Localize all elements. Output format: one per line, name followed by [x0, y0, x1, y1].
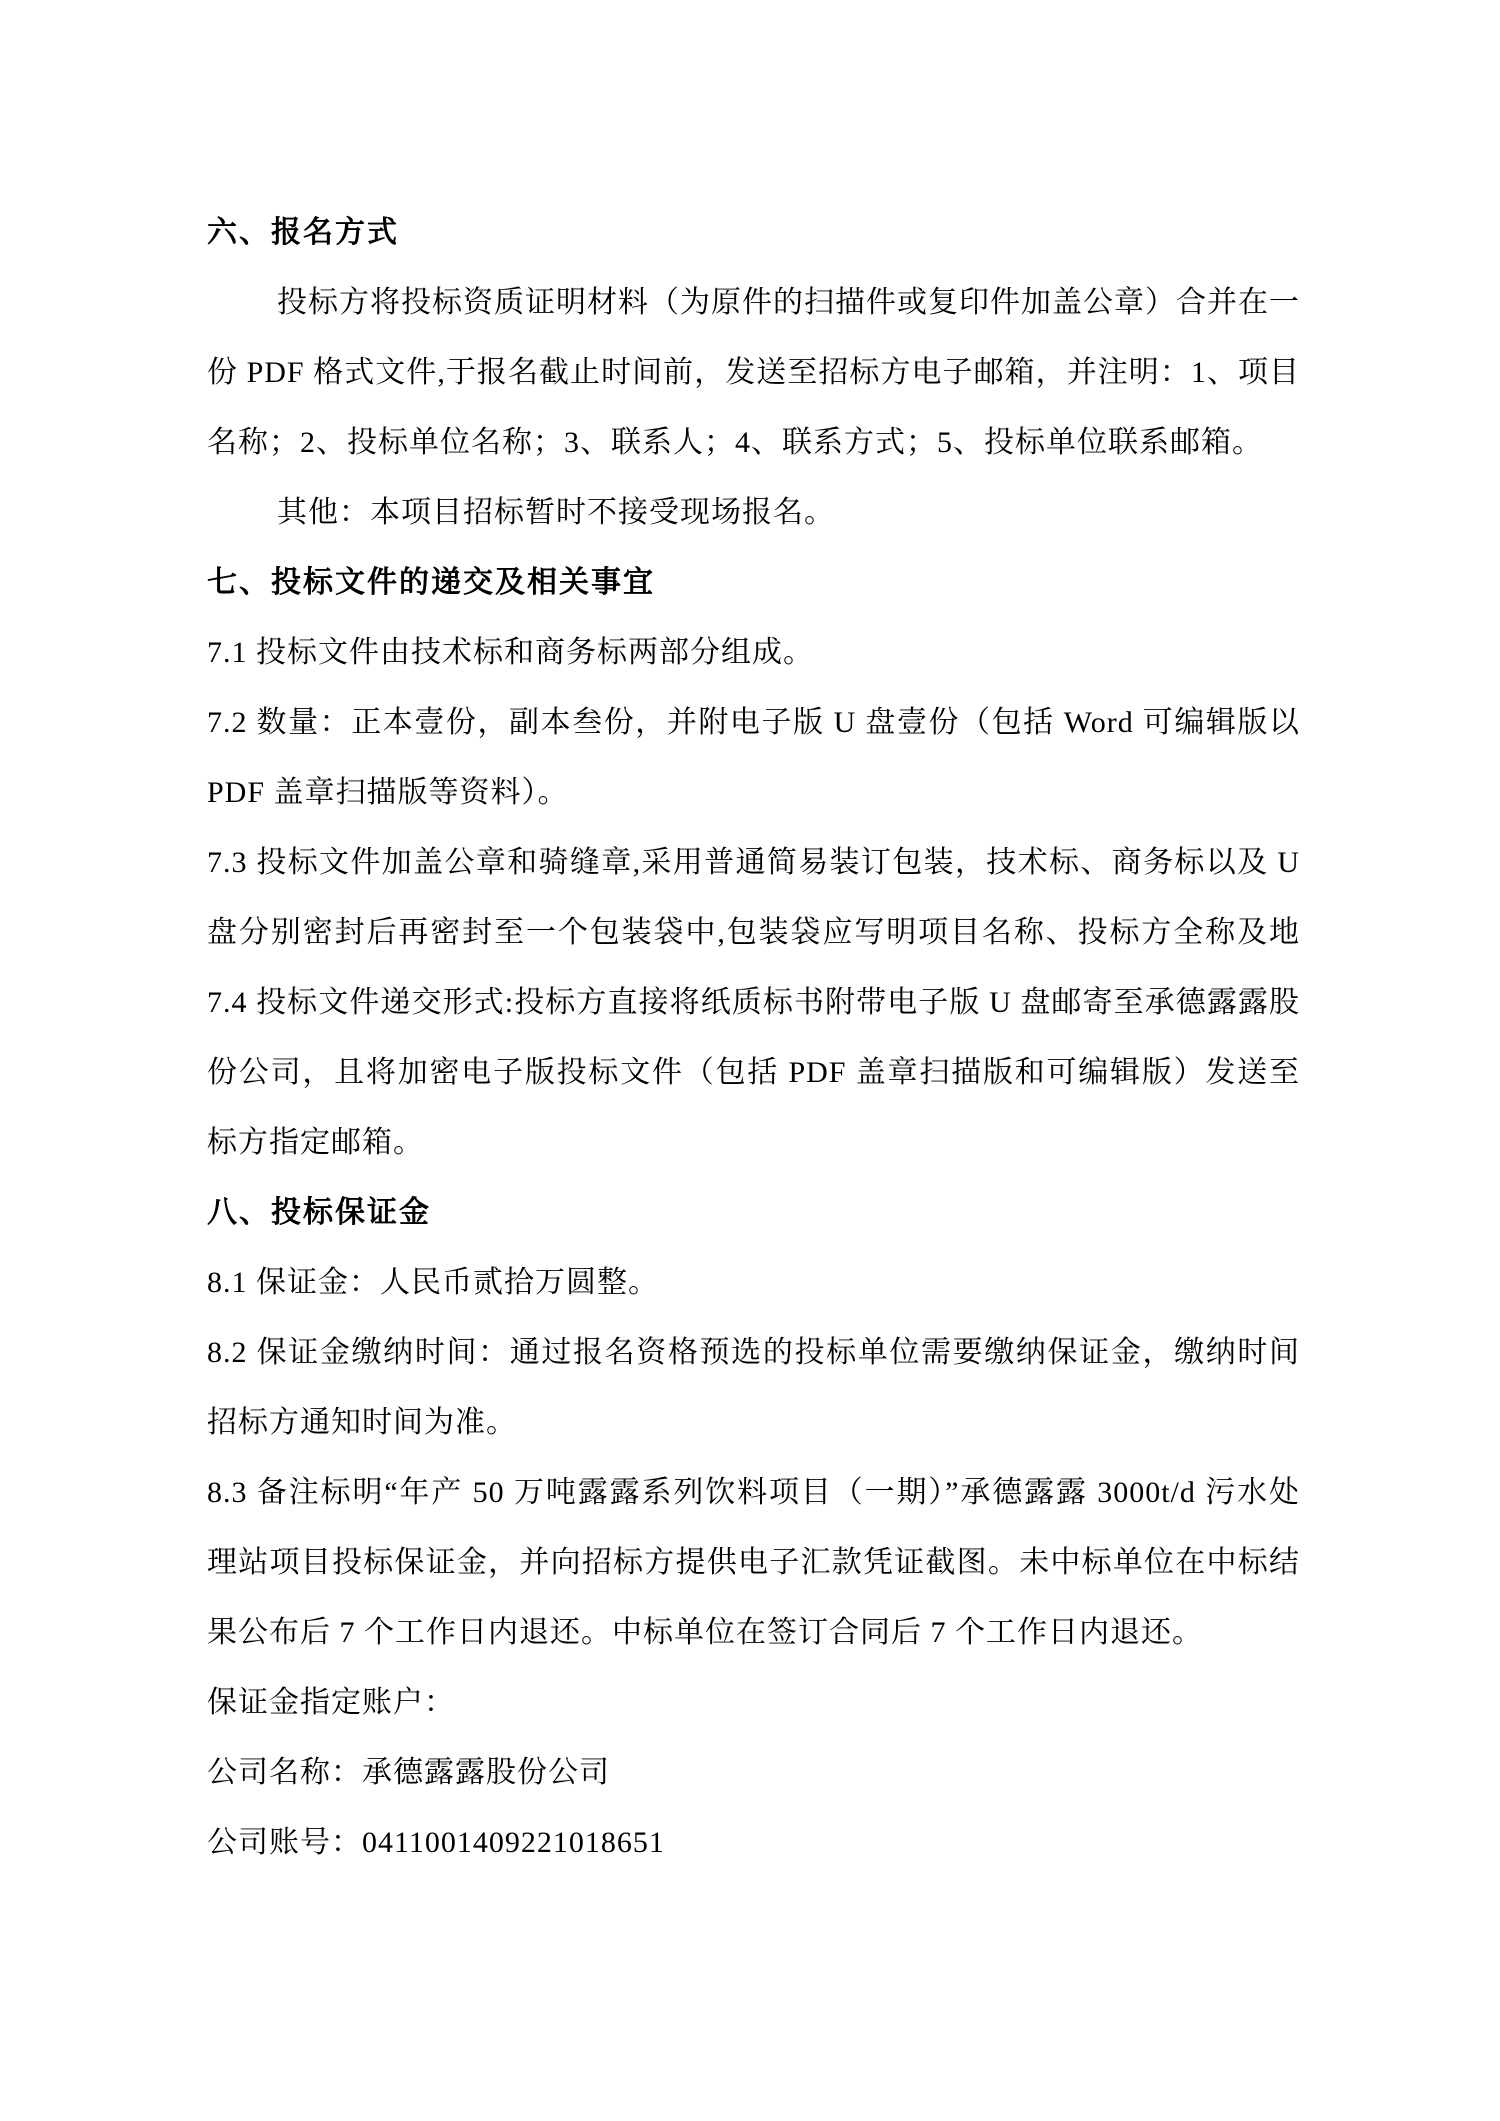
- text-line: 招标方通知时间为准。: [207, 1388, 1300, 1458]
- document-content: 六、报名方式投标方将投标资质证明材料（为原件的扫描件或复印件加盖公章）合并在一份…: [207, 198, 1300, 1878]
- text-line: 保证金指定账户：: [207, 1668, 1300, 1738]
- text-line: 标方指定邮箱。: [207, 1108, 1300, 1178]
- text-line: 8.2 保证金缴纳时间：通过报名资格预选的投标单位需要缴纳保证金，缴纳时间以: [207, 1318, 1300, 1388]
- text-line: 7.1 投标文件由技术标和商务标两部分组成。: [207, 618, 1300, 688]
- text-line: 7.4 投标文件递交形式:投标方直接将纸质标书附带电子版 U 盘邮寄至承德露露股: [207, 968, 1300, 1038]
- text-line: 7.3 投标文件加盖公章和骑缝章,采用普通简易装订包装，技术标、商务标以及 U: [207, 828, 1300, 898]
- section-heading: 七、投标文件的递交及相关事宜: [207, 548, 1300, 618]
- section-heading: 八、投标保证金: [207, 1178, 1300, 1248]
- text-line: PDF 盖章扫描版等资料）。: [207, 758, 1300, 828]
- text-line: 8.3 备注标明“年产 50 万吨露露系列饮料项目（一期）”承德露露 3000t…: [207, 1458, 1300, 1528]
- text-line: 理站项目投标保证金，并向招标方提供电子汇款凭证截图。未中标单位在中标结: [207, 1528, 1300, 1598]
- text-line: 份 PDF 格式文件,于报名截止时间前，发送至招标方电子邮箱，并注明：1、项目: [207, 338, 1300, 408]
- text-line: 公司账号：0411001409221018651: [207, 1808, 1300, 1878]
- text-line: 份公司，且将加密电子版投标文件（包括 PDF 盖章扫描版和可编辑版）发送至招: [207, 1038, 1300, 1108]
- text-line: 投标方将投标资质证明材料（为原件的扫描件或复印件加盖公章）合并在一: [207, 268, 1300, 338]
- text-line: 果公布后 7 个工作日内退还。中标单位在签订合同后 7 个工作日内退还。: [207, 1598, 1300, 1668]
- text-line: 8.1 保证金：人民币贰拾万圆整。: [207, 1248, 1300, 1318]
- text-line: 其他：本项目招标暂时不接受现场报名。: [207, 478, 1300, 548]
- text-line: 盘分别密封后再密封至一个包装袋中,包装袋应写明项目名称、投标方全称及地址。: [207, 898, 1300, 968]
- text-line: 名称；2、投标单位名称；3、联系人；4、联系方式；5、投标单位联系邮箱。: [207, 408, 1300, 478]
- section-heading: 六、报名方式: [207, 198, 1300, 268]
- text-line: 公司名称：承德露露股份公司: [207, 1738, 1300, 1808]
- tender-document-page: 六、报名方式投标方将投标资质证明材料（为原件的扫描件或复印件加盖公章）合并在一份…: [0, 0, 1500, 2121]
- text-line: 7.2 数量：正本壹份，副本叁份，并附电子版 U 盘壹份（包括 Word 可编辑…: [207, 688, 1300, 758]
